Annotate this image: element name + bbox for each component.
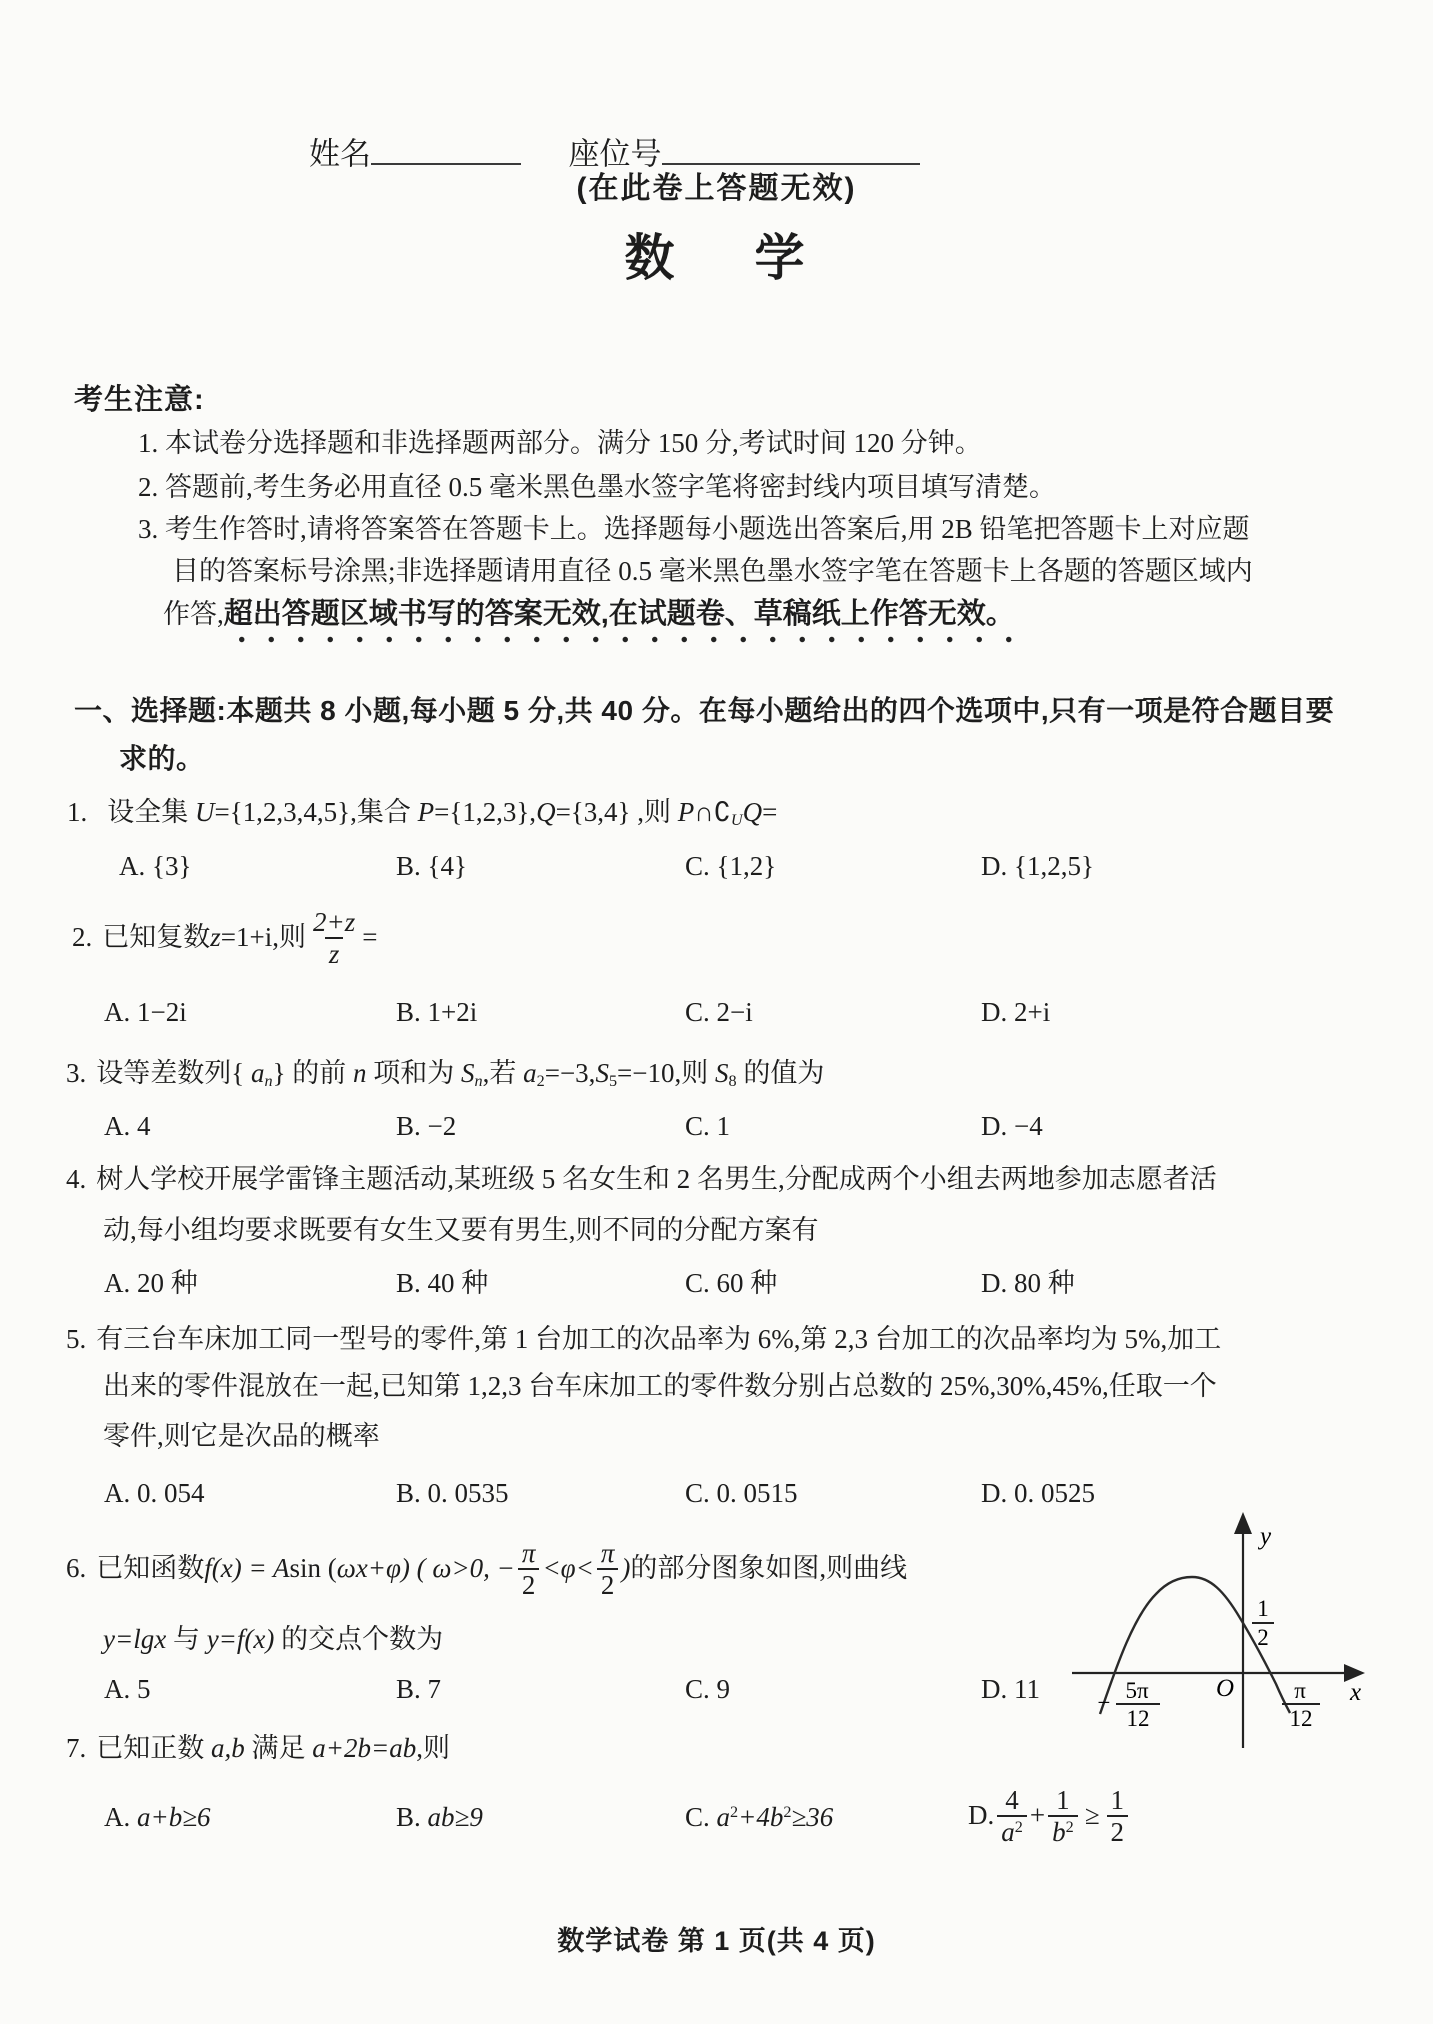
question-3-stem: 3.设等差数列{ an} 的前 n 项和为 Sn,若 a2=−3,S5=−10,… — [66, 1058, 824, 1089]
seat-blank — [662, 130, 920, 165]
q2-fraction: 2+zz — [309, 907, 359, 969]
question-6-stem-line2: y=lgx 与 y=f(x) 的交点个数为 — [103, 1624, 443, 1655]
q1-option-c: C. {1,2} — [685, 851, 776, 882]
name-blank — [371, 130, 521, 165]
q4-option-a: A. 20 种 — [104, 1268, 198, 1299]
svg-text:π: π — [1294, 1678, 1306, 1703]
q7-option-d: D. 4a2 + 1b2 ≥ 12 — [968, 1781, 1131, 1851]
question-4-stem-line1: 4.树人学校开展学雷锋主题活动,某班级 5 名女生和 2 名男生,分配成两个小组… — [66, 1164, 1217, 1195]
q2-option-c: C. 2−i — [685, 997, 753, 1028]
origin-label: O — [1216, 1675, 1234, 1702]
question-5-stem-line3: 零件,则它是次品的概率 — [103, 1421, 380, 1452]
q1-option-d: D. {1,2,5} — [981, 851, 1094, 882]
question-7-number: 7. — [66, 1733, 86, 1763]
q1-option-b: B. {4} — [396, 851, 467, 882]
q2-option-d: D. 2+i — [981, 997, 1050, 1028]
q7-d-fraction-2: 1b2 — [1048, 1785, 1078, 1847]
question-2-number: 2. — [72, 922, 92, 953]
q4-option-b: B. 40 种 — [396, 1268, 488, 1299]
question-4-stem-line2: 动,每小组均要求既要有女生又要有男生,则不同的分配方案有 — [103, 1215, 819, 1246]
question-5-number: 5. — [66, 1324, 86, 1354]
q3-option-c: C. 1 — [685, 1111, 730, 1142]
notice-heading: 考生注意: — [74, 384, 205, 417]
q5-option-b: B. 0. 0535 — [396, 1478, 509, 1509]
q2-option-a: A. 1−2i — [104, 997, 187, 1028]
q6-pi-over-2-left: π2 — [518, 1538, 540, 1600]
q4-option-c: C. 60 种 — [685, 1268, 777, 1299]
question-6-stem-line1: 6.已知函数 f(x) = Asin (ωx+φ) ( ω>0, − π2 <φ… — [66, 1536, 907, 1602]
notice-item-2: 2. 答题前,考生务必用直径 0.5 毫米黑色墨水签字笔将密封线内项目填写清楚。 — [138, 472, 1056, 503]
notice-item-3-line1: 3. 考生作答时,请将答案答在答题卡上。选择题每小题选出答案后,用 2B 铅笔把… — [138, 514, 1250, 545]
y-axis-label: y — [1257, 1523, 1272, 1550]
question-1-stem: 1.设全集 U={1,2,3,4,5},集合 P={1,2,3},Q={3,4}… — [67, 797, 777, 828]
q7-d-fraction-1: 4a2 — [997, 1785, 1027, 1847]
seat-label: 座位号 — [569, 137, 662, 172]
invalid-note: (在此卷上答题无效) — [0, 172, 1433, 207]
svg-text:12: 12 — [1127, 1706, 1150, 1731]
question-5-stem-line1: 5.有三台车床加工同一型号的零件,第 1 台加工的次品率为 6%,第 2,3 台… — [66, 1324, 1221, 1355]
exam-paper-page: 姓名 座位号 (在此卷上答题无效) 数 学 考生注意: 1. 本试卷分选择题和非… — [0, 0, 1433, 2024]
q2-option-b: B. 1+2i — [396, 997, 477, 1028]
page-footer: 数学试卷 第 1 页(共 4 页) — [0, 1926, 1433, 1957]
y-intercept-label: 1 2 — [1252, 1596, 1274, 1650]
question-4-number: 4. — [66, 1164, 86, 1194]
right-root-label: π 12 — [1282, 1678, 1320, 1731]
question-7-stem: 7.已知正数 a,b 满足 a+2b=ab,则 — [66, 1733, 450, 1764]
q3-option-a: A. 4 — [104, 1111, 151, 1142]
q6-option-d: D. 11 — [981, 1674, 1040, 1705]
page-title: 数 学 — [0, 230, 1433, 288]
q6-function-graph: y x O 1 2 − 5π 12 π 12 — [1068, 1492, 1408, 1754]
x-axis-label: x — [1349, 1679, 1361, 1706]
q7-option-b: B. ab≥9 — [396, 1802, 483, 1833]
svg-text:5π: 5π — [1125, 1678, 1149, 1703]
question-1-number: 1. — [67, 797, 87, 827]
q6-option-b: B. 7 — [396, 1674, 441, 1705]
section-heading-line1: 一、选择题:本题共 8 小题,每小题 5 分,共 40 分。在每小题给出的四个选… — [74, 695, 1334, 727]
q6-pi-over-2-right: π2 — [597, 1538, 619, 1600]
name-label: 姓名 — [309, 137, 371, 172]
question-3-number: 3. — [66, 1058, 86, 1088]
q7-d-fraction-3: 12 — [1107, 1785, 1129, 1847]
section-heading-line2: 求的。 — [119, 743, 205, 775]
question-6-number: 6. — [66, 1553, 86, 1584]
question-2-stem: 2.已知复数 z=1+i,则 2+zz = — [72, 898, 377, 978]
q3-option-b: B. −2 — [396, 1111, 456, 1142]
notice-item-3-line2: 目的答案标号涂黑;非选择题请用直径 0.5 毫米黑色墨水签字笔在答题卡上各题的答… — [172, 556, 1253, 587]
q7-option-a: A. a+b≥6 — [104, 1802, 211, 1833]
q6-option-a: A. 5 — [104, 1674, 151, 1705]
left-root-label: − 5π 12 — [1098, 1678, 1160, 1731]
svg-text:1: 1 — [1257, 1596, 1269, 1621]
y-axis-arrow-icon — [1234, 1512, 1252, 1534]
q4-option-d: D. 80 种 — [981, 1268, 1075, 1299]
notice-item-3-line3: 作答,超出答题区域书写的答案无效,在试题卷、草稿纸上作答无效。 — [163, 598, 1015, 631]
q5-option-c: C. 0. 0515 — [685, 1478, 798, 1509]
header-fill-in-row: 姓名 座位号 — [309, 130, 920, 172]
q5-option-a: A. 0. 054 — [104, 1478, 205, 1509]
q3-option-d: D. −4 — [981, 1111, 1043, 1142]
question-5-stem-line2: 出来的零件混放在一起,已知第 1,2,3 台车床加工的零件数分别占总数的 25%… — [103, 1371, 1217, 1402]
q1-option-a: A. {3} — [119, 851, 191, 882]
q7-option-c: C. a2+4b2≥36 — [685, 1802, 833, 1833]
svg-text:−: − — [1098, 1690, 1111, 1715]
svg-text:12: 12 — [1290, 1706, 1313, 1731]
notice-item-3-line3-emphasis: 超出答题区域书写的答案无效,在试题卷、草稿纸上作答无效。 — [224, 598, 1015, 643]
q6-option-c: C. 9 — [685, 1674, 730, 1705]
notice-item-1: 1. 本试卷分选择题和非选择题两部分。满分 150 分,考试时间 120 分钟。 — [138, 428, 982, 459]
svg-text:2: 2 — [1257, 1625, 1269, 1650]
notice-item-3-line3-plain: 作答, — [163, 599, 224, 629]
